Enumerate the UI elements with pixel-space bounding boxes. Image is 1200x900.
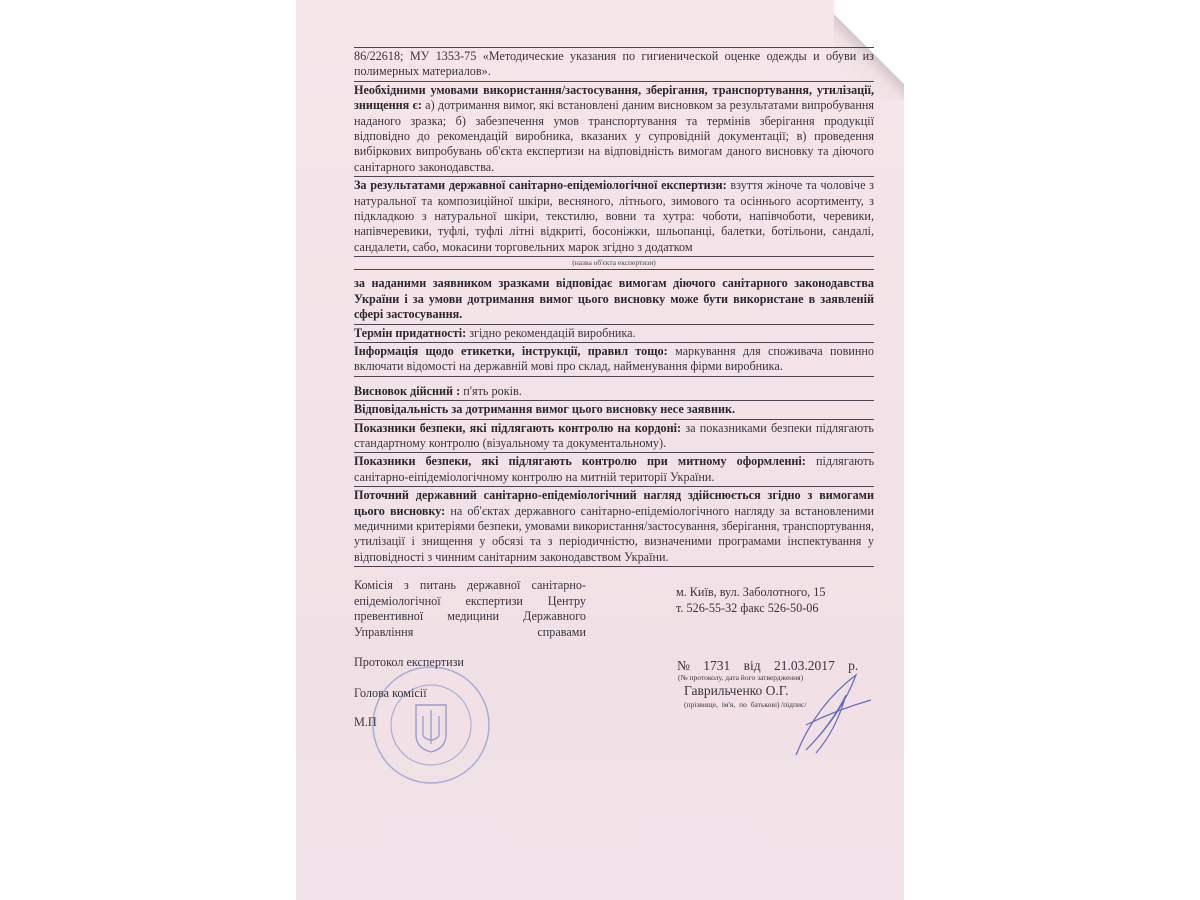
document-body: 86/22618; МУ 1353-75 «Методические указа… <box>354 47 874 567</box>
conditions-text: а) дотримання вимог, які встановлені дан… <box>354 98 874 174</box>
object-name-caption: (назва об'єкта експертизи) <box>354 257 874 270</box>
validity-text: п'ять років. <box>460 384 522 398</box>
intro-text: 86/22618; МУ 1353-75 «Методические указа… <box>354 49 874 78</box>
signature-icon <box>786 665 876 765</box>
protocol-label: Протокол експертизи <box>354 655 464 670</box>
protocol-caption: (№ протоколу, дата його затвердження) <box>678 673 803 682</box>
label-info-label: Інформація щодо етикетки, інструкції, пр… <box>354 344 668 358</box>
intro-section: 86/22618; МУ 1353-75 «Методические указа… <box>354 47 874 82</box>
shelf-life-text: згідно рекомендацій виробника. <box>466 326 635 340</box>
responsibility-section: Відповідальність за дотримання вимог цьо… <box>354 401 874 419</box>
border-control-section: Показники безпеки, які підлягають контро… <box>354 420 874 454</box>
validity-section: Висновок дійсний : п'ять років. <box>354 383 874 401</box>
phone-fax: т. 526-55-32 факс 526-50-06 <box>676 601 876 617</box>
name-caption: (прізвище, ім'я, по батькові) <box>684 700 780 709</box>
address: м. Київ, вул. Заболотного, 15 <box>676 585 876 601</box>
document-page: 86/22618; МУ 1353-75 «Методические указа… <box>296 0 904 900</box>
conditions-section: Необхідними умовами використання/застосу… <box>354 82 874 177</box>
label-info-section: Інформація щодо етикетки, інструкції, пр… <box>354 343 874 377</box>
commission-name: Комісія з питань державної санітарно-епі… <box>354 578 586 640</box>
shelf-life-section: Термін придатності: згідно рекомендацій … <box>354 325 874 343</box>
validity-label: Висновок дійсний : <box>354 384 460 398</box>
head-label: Голова комісії <box>354 686 427 701</box>
customs-control-label: Показники безпеки, які підлягають контро… <box>354 454 806 468</box>
compliance-section: за наданими заявником зразками відповіда… <box>354 270 874 324</box>
commission-contacts: м. Київ, вул. Заболотного, 15 т. 526-55-… <box>676 585 876 616</box>
seal-label: М.П <box>354 715 377 730</box>
official-seal-icon <box>366 660 496 790</box>
head-name: Гаврильченко О.Г. <box>684 683 788 699</box>
results-section: За результатами державної санітарно-епід… <box>354 177 874 257</box>
results-label: За результатами державної санітарно-епід… <box>354 178 727 192</box>
shelf-life-label: Термін придатності: <box>354 326 466 340</box>
supervision-section: Поточний державний санітарно-епідеміолог… <box>354 487 874 567</box>
customs-control-section: Показники безпеки, які підлягають контро… <box>354 453 874 487</box>
border-control-label: Показники безпеки, які підлягають контро… <box>354 421 681 435</box>
